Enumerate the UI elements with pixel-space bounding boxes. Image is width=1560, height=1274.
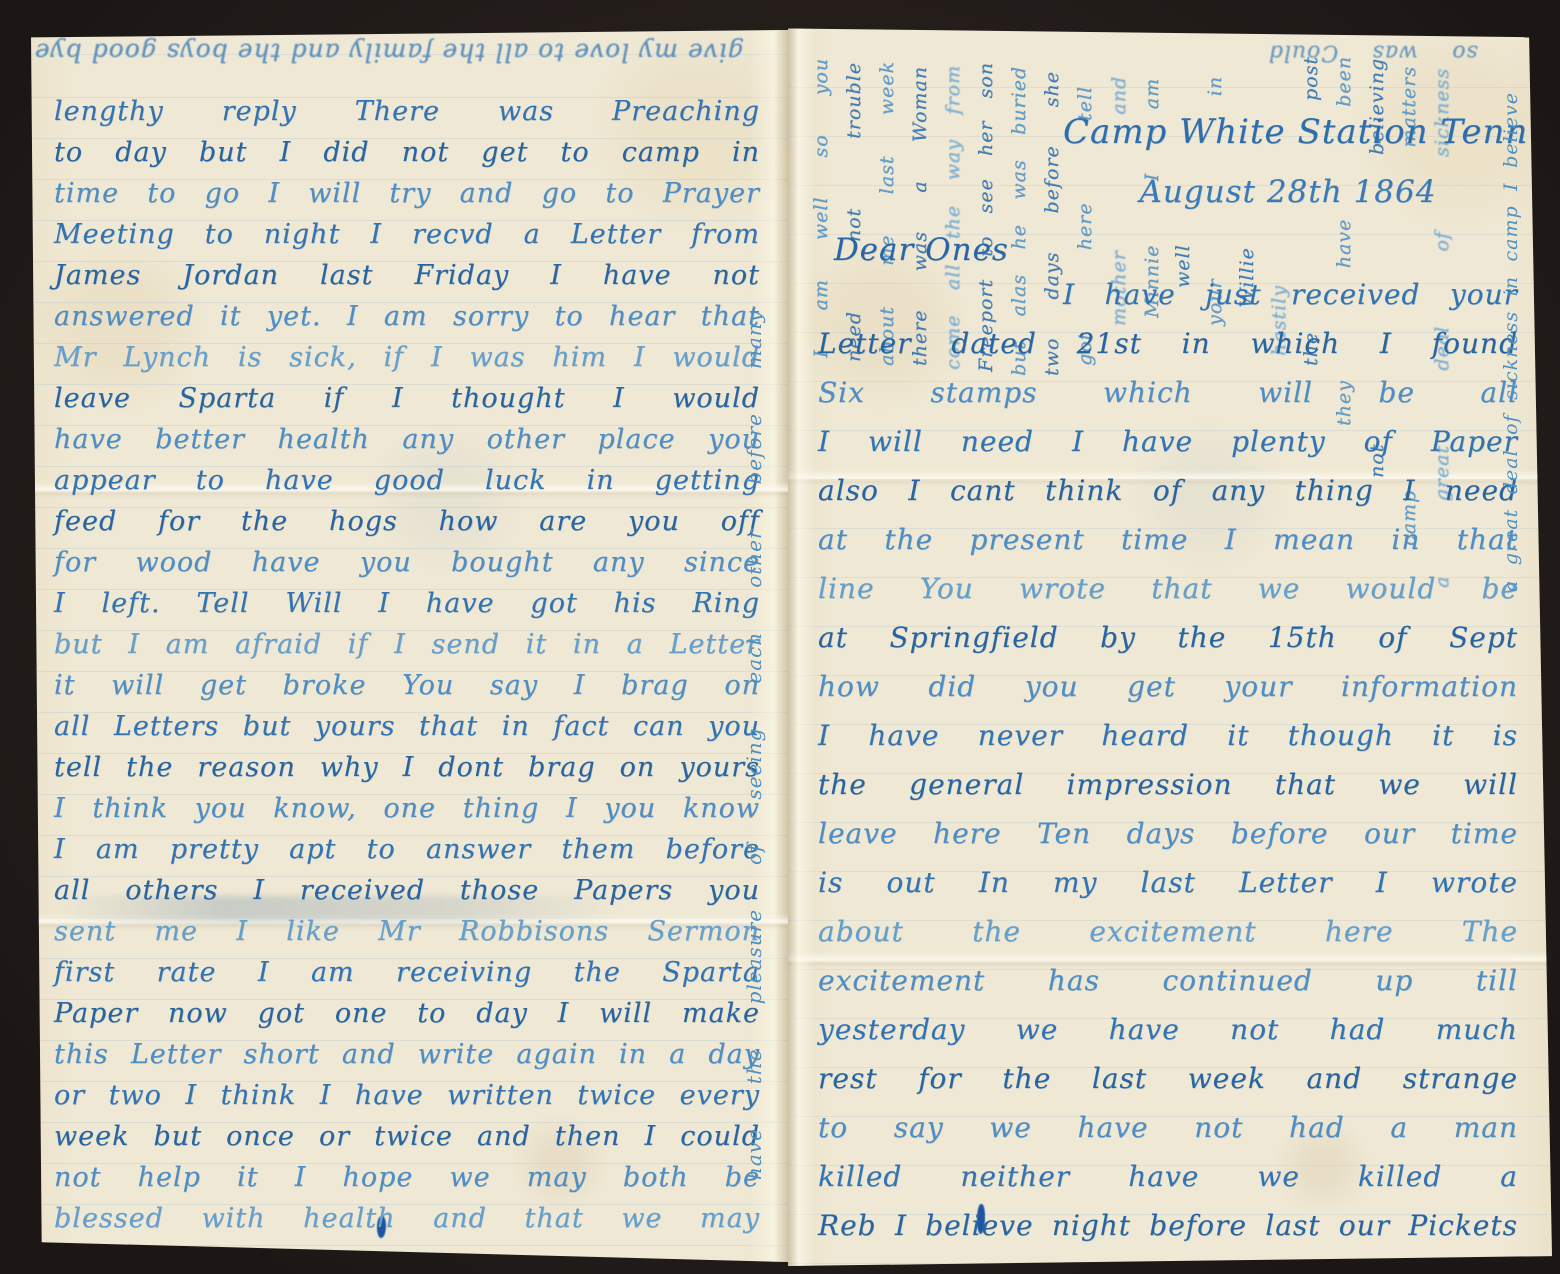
letter-line: I think you know, one thing I you know xyxy=(54,793,760,834)
letter-line: for wood have you bought any since xyxy=(54,547,760,588)
letter-line: Meeting to night I recvd a Letter from xyxy=(54,219,760,260)
letter-line: is out In my last Letter I wrote xyxy=(818,866,1518,915)
letter-line: blessed with health and that we may xyxy=(54,1203,760,1244)
letter-line: first rate I am receiving the Sparta xyxy=(54,957,760,998)
letter-line: at the present time I mean in that xyxy=(818,523,1518,572)
letter-scan: give my love to all the family and the b… xyxy=(0,0,1560,1274)
letter-line: sent me I like Mr Robbisons Sermon xyxy=(54,916,760,957)
letter-line: to day but I did not get to camp in xyxy=(54,137,760,178)
letter-line: excitement has continued up till xyxy=(818,964,1518,1013)
letter-line: to say we have not had a man xyxy=(818,1111,1518,1160)
margin-cross-writing: have the pleasure of seeing each other b… xyxy=(742,310,766,1180)
letter-line: have better health any other place you xyxy=(54,424,760,465)
letter-line: answered it yet. I am sorry to hear that xyxy=(54,301,760,342)
letter-line: the general impression that we will xyxy=(818,768,1518,817)
letter-line: I have just received your xyxy=(818,278,1518,327)
inverted-top-line: give my love to all the family and the b… xyxy=(44,38,744,67)
letter-page-right: I am well so you need not trouble about … xyxy=(788,26,1552,1266)
letter-salutation: Dear Ones xyxy=(834,232,1009,268)
letter-heading-date: August 28th 1864 xyxy=(1139,174,1368,210)
letter-line: leave here Ten days before our time xyxy=(818,817,1518,866)
letter-line: line You wrote that we would be xyxy=(818,572,1518,621)
letter-line: not help it I hope we may both be xyxy=(54,1162,760,1203)
letter-line: leave Sparta if I thought I would xyxy=(54,383,760,424)
letter-line: or two I think I have written twice ever… xyxy=(54,1080,760,1121)
letter-line: Letter dated 21st in which I found xyxy=(818,327,1518,376)
letter-line: yesterday we have not had much xyxy=(818,1013,1518,1062)
letter-line: appear to have good luck in getting xyxy=(54,465,760,506)
right-page-body: I have just received your Letter dated 2… xyxy=(818,278,1518,1258)
inverted-top-fragment: so was Could xyxy=(1268,40,1478,65)
letter-line: time to go I will try and go to Prayer xyxy=(54,178,760,219)
letter-line: I will need I have plenty of Paper xyxy=(818,425,1518,474)
letter-line: also I cant think of any thing I need xyxy=(818,474,1518,523)
letter-line: at Springfield by the 15th of Sept xyxy=(818,621,1518,670)
letter-line: killed neither have we killed a xyxy=(818,1160,1518,1209)
letter-line: this Letter short and write again in a d… xyxy=(54,1039,760,1080)
letter-line: Six stamps which will be all xyxy=(818,376,1518,425)
letter-line: tell the reason why I dont brag on yours xyxy=(54,752,760,793)
letter-line: Mr Lynch is sick, if I was him I would xyxy=(54,342,760,383)
letter-heading-location: Camp White Station Tenn xyxy=(1063,112,1468,152)
letter-line: but I am afraid if I send it in a Letter xyxy=(54,629,760,670)
letter-line: week but once or twice and then I could xyxy=(54,1121,760,1162)
margin-cross-writing: a great deal of sickness in camp I belie… xyxy=(1500,92,1522,592)
letter-page-left: give my love to all the family and the b… xyxy=(28,30,788,1262)
letter-line: feed for the hogs how are you off xyxy=(54,506,760,547)
letter-line: about the excitement here The xyxy=(818,915,1518,964)
letter-line: James Jordan last Friday I have not xyxy=(54,260,760,301)
letter-line: lengthy reply There was Preaching xyxy=(54,96,760,137)
letter-line: I left. Tell Will I have got his Ring xyxy=(54,588,760,629)
letter-line: all Letters but yours that in fact can y… xyxy=(54,711,760,752)
left-page-body: lengthy reply There was Preaching to day… xyxy=(54,96,760,1244)
letter-line: Paper now got one to day I will make xyxy=(54,998,760,1039)
letter-line: rest for the last week and strange xyxy=(818,1062,1518,1111)
letter-line: I have never heard it though it is xyxy=(818,719,1518,768)
letter-line: all others I received those Papers you xyxy=(54,875,760,916)
letter-line: Reb I believe night before last our Pick… xyxy=(818,1209,1518,1258)
letter-line: I am pretty apt to answer them before xyxy=(54,834,760,875)
letter-line: how did you get your information xyxy=(818,670,1518,719)
letter-line: it will get broke You say I brag on xyxy=(54,670,760,711)
